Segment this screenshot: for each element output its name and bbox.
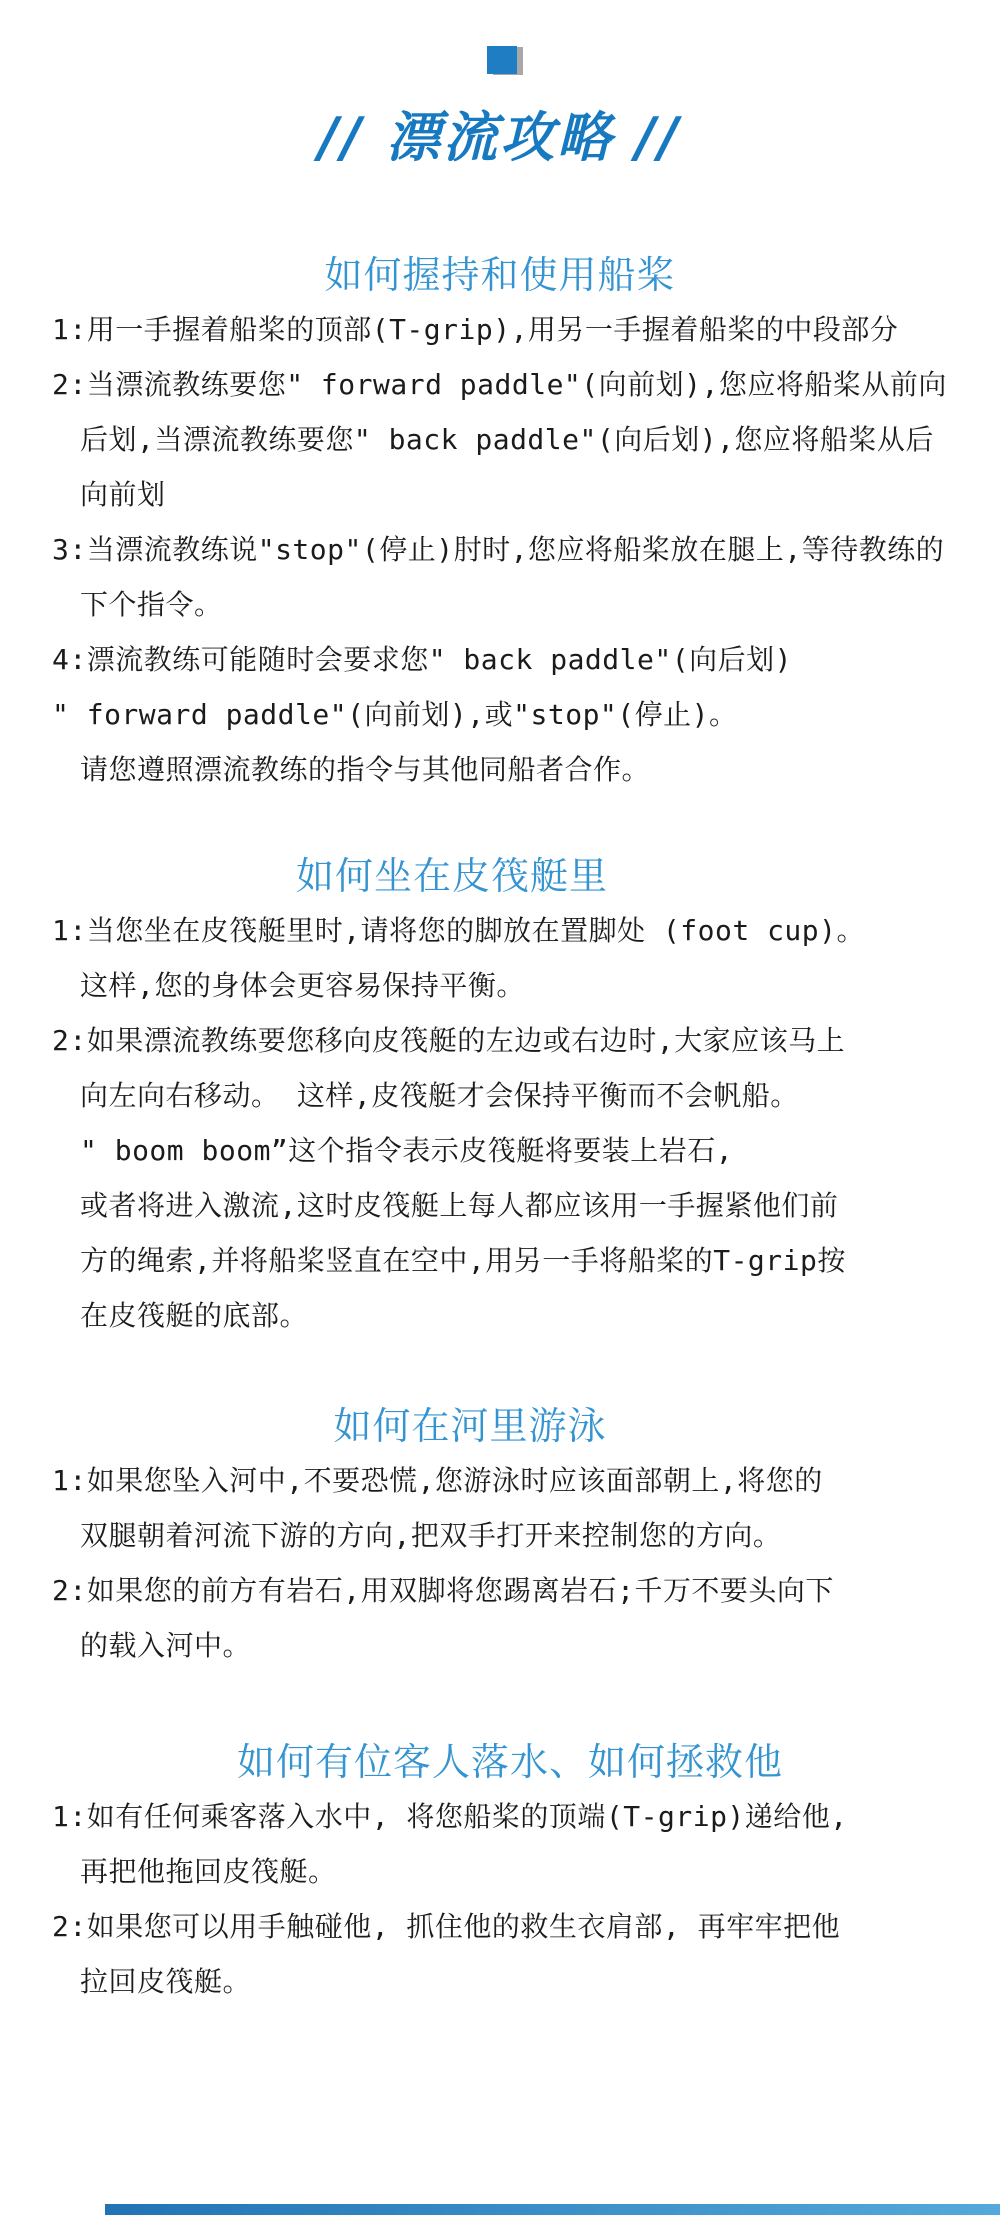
guide-text-line: 向前划 [0, 467, 1000, 522]
guide-text-line: " forward paddle"(向前划),或"stop"(停止)。 [0, 687, 1000, 742]
guide-text-line: 的载入河中。 [0, 1618, 1000, 1673]
section-heading: 如何在河里游泳 [0, 1403, 970, 1449]
guide-text-line: 后划,当漂流教练要您" back paddle"(向后划),您应将船桨从后 [0, 412, 1000, 467]
guide-text-line: 向左向右移动。 这样,皮筏艇才会保持平衡而不会帆船。 [0, 1068, 1000, 1123]
guide-text-line: 1:用一手握着船桨的顶部(T-grip),用另一手握着船桨的中段部分 [0, 302, 1000, 357]
guide-text-line: 双腿朝着河流下游的方向,把双手打开来控制您的方向。 [0, 1508, 1000, 1563]
section-lines: 1:如果您坠入河中,不要恐慌,您游泳时应该面部朝上,将您的双腿朝着河流下游的方向… [0, 1453, 1000, 1673]
guide-text-line: 3:当漂流教练说"stop"(停止)肘时,您应将船桨放在腿上,等待教练的 [0, 522, 1000, 577]
guide-section-3: 如何在河里游泳1:如果您坠入河中,不要恐慌,您游泳时应该面部朝上,将您的双腿朝着… [0, 1403, 1000, 1673]
guide-text-line: 下个指令。 [0, 577, 1000, 632]
guide-text-line: 2:如果漂流教练要您移向皮筏艇的左边或右边时,大家应该马上 [0, 1013, 1000, 1068]
guide-text-line: 再把他拖回皮筏艇。 [0, 1844, 1000, 1899]
bottom-accent-bar [105, 2204, 1000, 2215]
guide-text-line: 1:如有任何乘客落入水中, 将您船桨的顶端(T-grip)递给他, [0, 1789, 1000, 1844]
section-heading: 如何有位客人落水、如何拯救他 [10, 1739, 1000, 1785]
section-heading: 如何握持和使用船桨 [0, 252, 1000, 298]
section-lines: 1:当您坐在皮筏艇里时,请将您的脚放在置脚处 (foot cup)。这样,您的身… [0, 903, 1000, 1343]
guide-text-line: 或者将进入激流,这时皮筏艇上每人都应该用一手握紧他们前 [0, 1178, 1000, 1233]
guide-section-2: 如何坐在皮筏艇里1:当您坐在皮筏艇里时,请将您的脚放在置脚处 (foot cup… [0, 853, 1000, 1343]
guide-text-line: 请您遵照漂流教练的指令与其他同船者合作。 [0, 742, 1000, 797]
guide-text-line: 在皮筏艇的底部。 [0, 1288, 1000, 1343]
page-title: // 漂流攻略 // [0, 104, 1000, 172]
guide-text-line: 2:如果您可以用手触碰他, 抓住他的救生衣肩部, 再牢牢把他 [0, 1899, 1000, 1954]
guide-text-line: 方的绳索,并将船桨竖直在空中,用另一手将船桨的T-grip按 [0, 1233, 1000, 1288]
guide-text-line: 拉回皮筏艇。 [0, 1954, 1000, 2009]
section-lines: 1:用一手握着船桨的顶部(T-grip),用另一手握着船桨的中段部分2:当漂流教… [0, 302, 1000, 797]
guide-text-line: 4:漂流教练可能随时会要求您" back paddle"(向后划) [0, 632, 1000, 687]
guide-text-line: 1:当您坐在皮筏艇里时,请将您的脚放在置脚处 (foot cup)。 [0, 903, 1000, 958]
guide-section-4: 如何有位客人落水、如何拯救他1:如有任何乘客落入水中, 将您船桨的顶端(T-gr… [0, 1739, 1000, 2009]
guide-text-line: 2:当漂流教练要您" forward paddle"(向前划),您应将船桨从前向 [0, 357, 1000, 412]
guide-text-line: 1:如果您坠入河中,不要恐慌,您游泳时应该面部朝上,将您的 [0, 1453, 1000, 1508]
guide-text-line: 这样,您的身体会更容易保持平衡。 [0, 958, 1000, 1013]
guide-text-line: 2:如果您的前方有岩石,用双脚将您踢离岩石;千万不要头向下 [0, 1563, 1000, 1618]
guide-text-line: " boom boom”这个指令表示皮筏艇将要装上岩石, [0, 1123, 1000, 1178]
title-square-decoration [487, 46, 517, 74]
guide-section-1: 如何握持和使用船桨1:用一手握着船桨的顶部(T-grip),用另一手握着船桨的中… [0, 252, 1000, 797]
section-lines: 1:如有任何乘客落入水中, 将您船桨的顶端(T-grip)递给他,再把他拖回皮筏… [0, 1789, 1000, 2009]
section-heading: 如何坐在皮筏艇里 [0, 853, 952, 899]
rafting-guide-page: // 漂流攻略 // 如何握持和使用船桨1:用一手握着船桨的顶部(T-grip)… [0, 0, 1000, 2215]
